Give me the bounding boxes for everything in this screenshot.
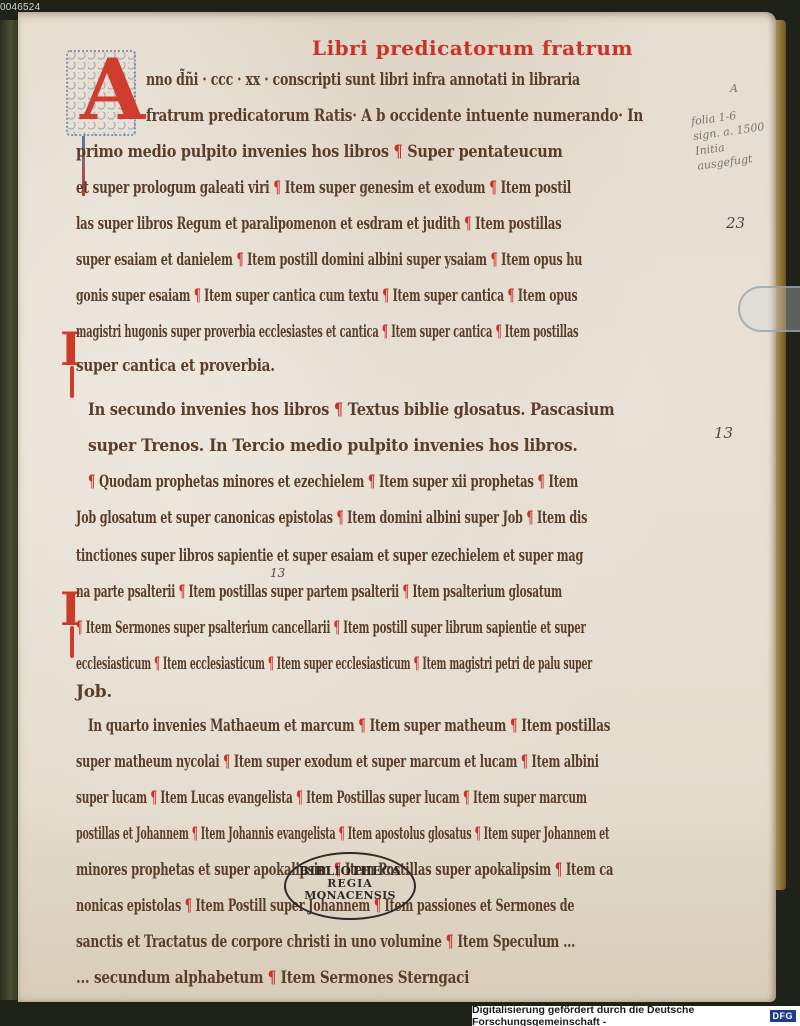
pilcrow-icon: ¶ — [268, 968, 276, 988]
text-line: tinctiones super libros sapientie et sup… — [76, 546, 583, 566]
text-line: ecclesiasticum ¶ Item ecclesiasticum ¶ I… — [76, 654, 592, 674]
pilcrow-icon: ¶ — [394, 142, 403, 162]
pilcrow-icon: ¶ — [555, 860, 562, 880]
pilcrow-icon: ¶ — [337, 508, 344, 528]
pilcrow-icon: ¶ — [185, 896, 192, 916]
text-line: In secundo invenies hos libros ¶ Textus … — [88, 400, 614, 420]
pilcrow-icon: ¶ — [179, 582, 186, 602]
pilcrow-icon: ¶ — [273, 178, 280, 198]
pilcrow-icon: ¶ — [382, 322, 388, 342]
text-line: sanctis et Tractatus de corpore christi … — [76, 932, 575, 952]
text-line: primo medio pulpito invenies hos libros … — [76, 142, 563, 162]
text-line: magistri hugonis super proverbia ecclesi… — [76, 322, 578, 342]
dfg-credit-text: Digitalisierung gefördert durch die Deut… — [472, 1004, 766, 1026]
pilcrow-icon: ¶ — [413, 654, 419, 674]
dfg-logo-icon: DFG — [770, 1010, 797, 1022]
text-line: ... secundum alphabetum ¶ Item Sermones … — [76, 968, 469, 988]
pilcrow-icon: ¶ — [491, 250, 498, 270]
pilcrow-icon: ¶ — [334, 618, 340, 638]
text-line: super lucam ¶ Item Lucas evangelista ¶ I… — [76, 788, 587, 808]
text-line: na parte psalterii ¶ Item postillas supe… — [76, 582, 562, 602]
pilcrow-icon: ¶ — [334, 400, 343, 420]
text-line: nno d̃ñi · ccc · xx · conscripti sunt l… — [146, 70, 580, 90]
inline-numeral: 13 — [270, 566, 285, 580]
pilcrow-icon: ¶ — [489, 178, 496, 198]
pilcrow-icon: ¶ — [194, 286, 201, 306]
folio-number-middle: 13 — [714, 424, 733, 442]
pilcrow-icon: ¶ — [464, 214, 471, 234]
pilcrow-icon: ¶ — [538, 472, 545, 492]
text-line: et super prologum galeati viri ¶ Item su… — [76, 178, 571, 198]
pilcrow-icon: ¶ — [296, 788, 303, 808]
dfg-credit-bar: Digitalisierung gefördert durch die Deut… — [472, 1006, 800, 1026]
text-line: las super libros Regum et paralipomenon … — [76, 214, 561, 234]
pilcrow-icon: ¶ — [510, 716, 517, 736]
pilcrow-icon: ¶ — [236, 250, 243, 270]
text-line: super cantica et proverbia. — [76, 356, 275, 376]
corner-mark: A — [730, 82, 738, 97]
text-line: ¶ Item Sermones super psalterium cancell… — [76, 618, 586, 638]
text-line: fratrum predicatorum Ratis· A b occident… — [146, 106, 643, 126]
pencil-note: folia 1-6 sign. a. 1500 Initia ausgefugt — [690, 105, 769, 174]
pilcrow-icon: ¶ — [463, 788, 470, 808]
pilcrow-icon: ¶ — [521, 752, 528, 772]
text-line: Job. — [76, 682, 112, 702]
pilcrow-icon: ¶ — [223, 752, 230, 772]
text-line: postillas et Johannem ¶ Item Johannis ev… — [76, 824, 609, 844]
pilcrow-icon: ¶ — [368, 472, 375, 492]
rubric-heading: Libri predicatorum fratrum — [312, 36, 633, 60]
pilcrow-icon: ¶ — [268, 654, 274, 674]
text-line: super esaiam et danielem ¶ Item postill … — [76, 250, 582, 270]
text-line: ¶ Quodam prophetas minores et ezechielem… — [88, 472, 578, 492]
initial-letter: A — [80, 48, 145, 132]
pilcrow-icon: ¶ — [475, 824, 481, 844]
scan-id: 0046524 — [0, 2, 40, 13]
pilcrow-icon: ¶ — [88, 472, 95, 492]
folio-number-top: 23 — [726, 214, 745, 232]
bookmark-tab — [738, 286, 800, 332]
pilcrow-icon: ¶ — [154, 654, 160, 674]
pilcrow-icon: ¶ — [495, 322, 501, 342]
pilcrow-icon: ¶ — [76, 618, 82, 638]
library-stamp: BIBLIOTHECA REGIA MONACENSIS — [284, 852, 416, 920]
pilcrow-icon: ¶ — [402, 582, 409, 602]
pilcrow-icon: ¶ — [150, 788, 157, 808]
pilcrow-icon: ¶ — [358, 716, 365, 736]
text-line: Job glosatum et super canonicas epistola… — [76, 508, 587, 528]
text-line: In quarto invenies Mathaeum et marcum ¶ … — [88, 716, 610, 736]
text-line: super matheum nycolai ¶ Item super exodu… — [76, 752, 599, 772]
illuminated-initial: A — [66, 50, 136, 136]
pilcrow-icon: ¶ — [526, 508, 533, 528]
pilcrow-icon: ¶ — [508, 286, 515, 306]
pilcrow-icon: ¶ — [339, 824, 345, 844]
pilcrow-icon: ¶ — [382, 286, 389, 306]
text-line: super Trenos. In Tercio medio pulpito in… — [88, 436, 578, 456]
pilcrow-icon: ¶ — [192, 824, 198, 844]
text-line: gonis super esaiam ¶ Item super cantica … — [76, 286, 577, 306]
stamp-line-3: MONACENSIS — [286, 890, 414, 902]
pilcrow-icon: ¶ — [446, 932, 454, 952]
